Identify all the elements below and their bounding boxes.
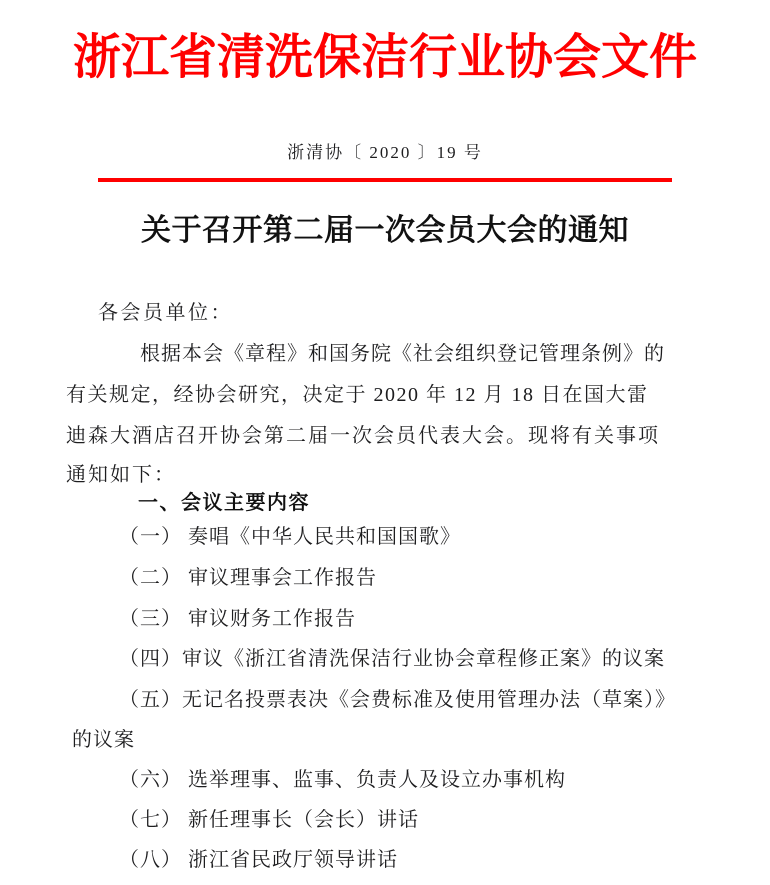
- agenda-item: （八） 浙江省民政厅领导讲话: [119, 848, 398, 873]
- document-page: 浙江省清洗保洁行业协会文件 浙清协〔 2020 〕19 号 关于召开第二届一次会…: [0, 0, 770, 885]
- salutation: 各会员单位：: [98, 301, 233, 326]
- document-number: 浙清协〔 2020 〕19 号: [0, 142, 770, 163]
- agenda-item: （六） 选举理事、监事、负责人及设立办事机构: [119, 768, 566, 793]
- intro-paragraph-line: 通知如下：: [66, 463, 176, 488]
- agenda-item: （一） 奏唱《中华人民共和国国歌》: [119, 525, 461, 550]
- agenda-item-continuation: 的议案: [72, 728, 135, 753]
- intro-paragraph-line: 迪森大酒店召开协会第二届一次会员代表大会。现将有关事项: [66, 424, 660, 449]
- agenda-item: （四）审议《浙江省清洗保洁行业协会章程修正案》的议案: [119, 647, 665, 672]
- agenda-item: （五）无记名投票表决《会费标准及使用管理办法（草案）》: [119, 688, 676, 713]
- agenda-item: （三） 审议财务工作报告: [119, 607, 356, 632]
- intro-paragraph-line: 有关规定，经协会研究，决定于 2020 年 12 月 18 日在国大雷: [66, 383, 649, 408]
- agenda-item: （二） 审议理事会工作报告: [119, 566, 377, 591]
- letterhead-org-title: 浙江省清洗保洁行业协会文件: [0, 30, 770, 85]
- notice-title: 关于召开第二届一次会员大会的通知: [0, 212, 770, 250]
- red-divider-line: [98, 178, 672, 182]
- section-heading-meeting-content: 一、会议主要内容: [138, 491, 310, 516]
- intro-paragraph-line: 根据本会《章程》和国务院《社会组织登记管理条例》的: [140, 342, 665, 367]
- agenda-item: （七） 新任理事长（会长）讲话: [119, 808, 419, 833]
